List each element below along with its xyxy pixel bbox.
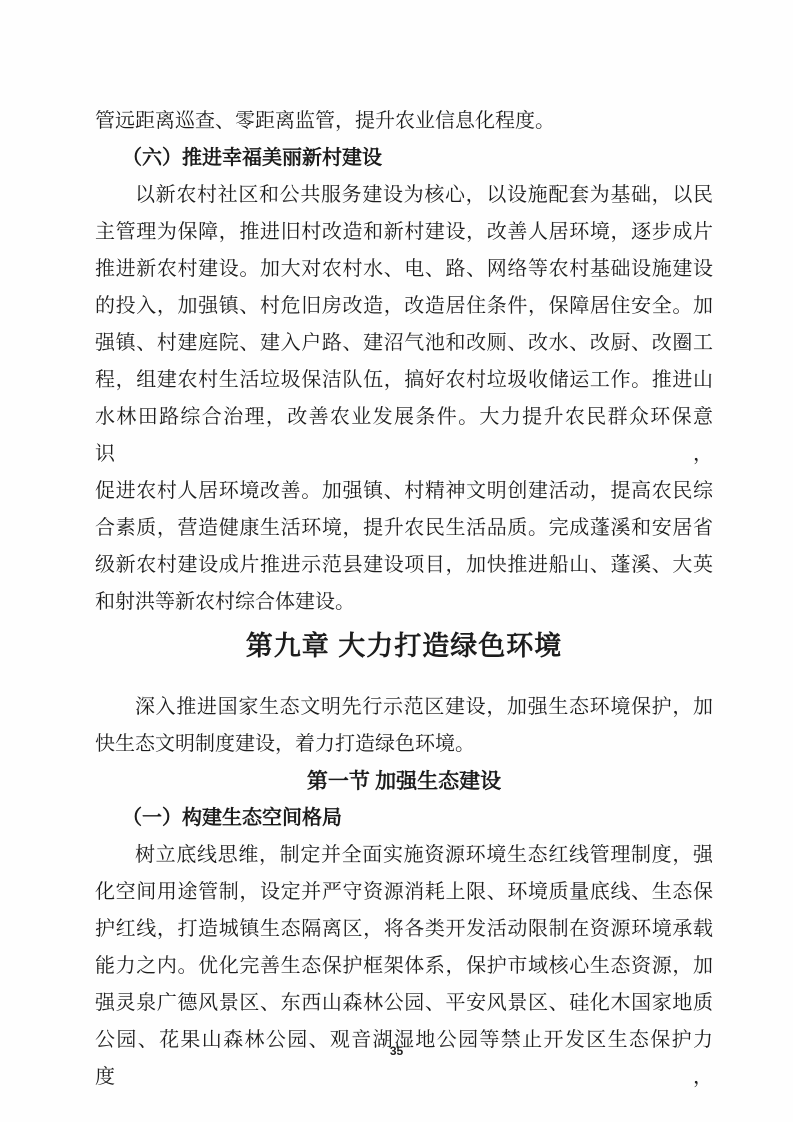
paragraph-line: 护红线，打造城镇生态隔离区，将各类开发活动限制在资源环境承载 xyxy=(95,911,713,948)
paragraph-line: 强镇、村建庭院、建入户路、建沼气池和改厕、改水、改厨、改圈工 xyxy=(95,325,713,362)
paragraph-line: 的投入，加强镇、村危旧房改造，改造居住条件，保障居住安全。加 xyxy=(95,288,713,325)
paragraph-line: 管远距离巡查、零距离监管，提升农业信息化程度。 xyxy=(95,103,713,140)
document-page: 管远距离巡查、零距离监管，提升农业信息化程度。 （六）推进幸福美丽新村建设 以新… xyxy=(0,0,793,1122)
subsection-heading-6: （六）推进幸福美丽新村建设 xyxy=(95,140,713,177)
paragraph-line: 程，组建农村生活垃圾保洁队伍，搞好农村垃圾收储运工作。推进山 xyxy=(95,362,713,399)
paragraph-line: 化空间用途管制，设定并严守资源消耗上限、环境质量底线、生态保 xyxy=(95,874,713,911)
paragraph-line: 强灵泉广德风景区、东西山森林公园、平安风景区、硅化木国家地质 xyxy=(95,985,713,1022)
paragraph-line: 以新农村社区和公共服务建设为核心，以设施配套为基础，以民 xyxy=(95,177,713,214)
paragraph-line: 主管理为保障，推进旧村改造和新村建设，改善人居环境，逐步成片 xyxy=(95,214,713,251)
paragraph-line: 合素质，营造健康生活环境，提升农民生活品质。完成蓬溪和安居省 xyxy=(95,510,713,547)
paragraph-line: 促进农村人居环境改善。加强镇、村精神文明创建活动，提高农民综 xyxy=(95,473,713,510)
paragraph-line: 公园、花果山森林公园、观音湖湿地公园等禁止开发区生态保护力度， xyxy=(95,1022,713,1096)
paragraph-line: 树立底线思维，制定并全面实施资源环境生态红线管理制度，强 xyxy=(95,837,713,874)
paragraph-line: 和射洪等新农村综合体建设。 xyxy=(95,584,713,621)
paragraph-line: 快生态文明制度建设，着力打造绿色环境。 xyxy=(95,726,713,763)
paragraph-line: 推进新农村建设。加大对农村水、电、路、网络等农村基础设施建设 xyxy=(95,251,713,288)
paragraph-line: 级新农村建设成片推进示范县建设项目，加快推进船山、蓬溪、大英 xyxy=(95,547,713,584)
paragraph-line: 水林田路综合治理，改善农业发展条件。大力提升农民群众环保意识， xyxy=(95,399,713,473)
chapter-title: 第九章 大力打造绿色环境 xyxy=(95,629,713,663)
section-title: 第一节 加强生态建设 xyxy=(95,763,713,800)
paragraph-line: 深入推进国家生态文明先行示范区建设，加强生态环境保护，加 xyxy=(95,689,713,726)
page-number: 35 xyxy=(0,1044,793,1058)
paragraph-line: 能力之内。优化完善生态保护框架体系，保护市域核心生态资源，加 xyxy=(95,948,713,985)
subsection-heading-1: （一）构建生态空间格局 xyxy=(95,800,713,837)
